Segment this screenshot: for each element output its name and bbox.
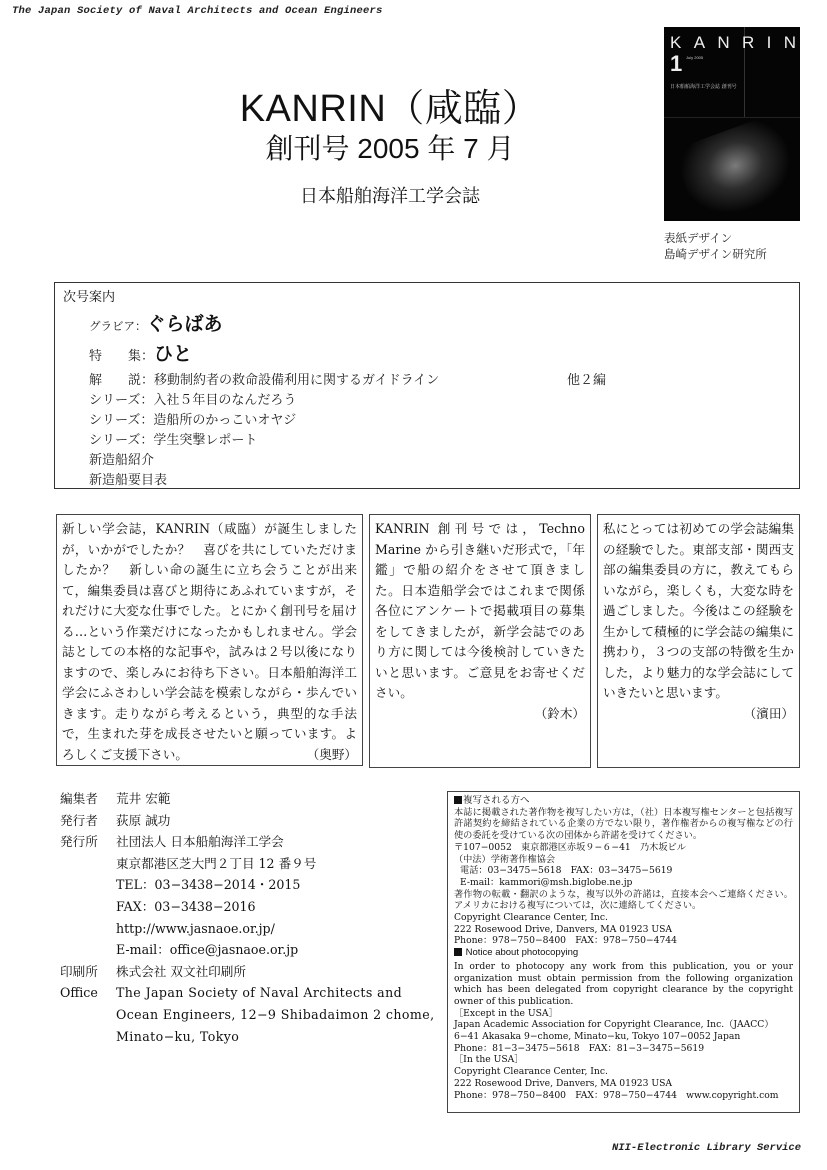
- cover-issue-number: 1: [670, 51, 682, 77]
- page-footer-nii: NII-Electronic Library Service: [612, 1142, 801, 1154]
- starfield-graphic: [672, 109, 800, 221]
- jp-address: 〒107−0052 東京都港区赤坂９−６−41 乃木坂ビル: [454, 842, 793, 854]
- colophon-publisher: 発行者荻原 誠功: [60, 810, 434, 832]
- colophon-office-en: OfficeThe Japan Society of Naval Archite…: [60, 982, 434, 1004]
- next-issue-item: 特 集：ひと: [89, 339, 192, 366]
- us-address: 222 Rosewood Drive, Danvers, MA 01923 US…: [454, 924, 793, 936]
- us-org: Copyright Clearance Center, Inc.: [454, 912, 793, 924]
- editorial-text: 新しい学会誌，KANRIN（咸臨）が誕生しましたが，いかがでしたか？ 喜びを共に…: [62, 519, 357, 765]
- next-issue-item: 解 説：移動制約者の救命設備利用に関するガイドライン 他２編: [89, 369, 439, 388]
- next-issue-heading: 次号案内: [63, 289, 799, 305]
- next-issue-item: 新造船要目表: [89, 469, 167, 488]
- office-tel: TEL：03−3438−2014・2015: [116, 874, 300, 896]
- jp-other-permissions: 著作物の転載・翻訳のような，複写以外の許諾は，直接本会へご連絡ください。アメリカ…: [454, 889, 793, 912]
- cover-credit: 表紙デザイン 島崎デザイン研究所: [664, 230, 767, 262]
- editorial-text: KANRIN 創刊号では，Techno Marine から引き継いだ形式で，「年…: [375, 519, 585, 704]
- next-issue-item: シリーズ：入社５年目のなんだろう: [89, 389, 296, 408]
- masthead: KANRIN（咸臨） 創刊号 2005 年 7 月 日本船舶海洋工学会誌: [220, 88, 560, 208]
- next-issue-item: シリーズ：造船所のかっこいオヤジ: [89, 409, 296, 428]
- editorial-note-okuno: 新しい学会誌，KANRIN（咸臨）が誕生しましたが，いかがでしたか？ 喜びを共に…: [56, 514, 363, 766]
- black-square-icon: [454, 796, 462, 804]
- office-address: 東京都港区芝大門２丁目 12 番９号: [116, 853, 316, 875]
- editorial-author: （濱田）: [603, 704, 794, 725]
- editorial-author: （鈴木）: [375, 704, 585, 725]
- colophon-printer: 印刷所株式会社 双文社印刷所: [60, 961, 434, 983]
- editorial-note-suzuki: KANRIN 創刊号では，Techno Marine から引き継いだ形式で，「年…: [369, 514, 591, 768]
- jp-phone: 電話：03−3475−5618 FAX：03−3475−5619: [454, 865, 793, 877]
- copyright-jp-heading: 複写される方へ: [454, 795, 793, 807]
- editorial-text: 私にとっては初めての学会誌編集の経験でした。東部支部・関西支部の編集委員の方に，…: [603, 519, 794, 704]
- colophon: 編集者荒井 宏範 発行者荻原 誠功 発行所社団法人 日本船舶海洋工学会 東京都港…: [60, 788, 434, 1047]
- page-header-society: The Japan Society of Naval Architects an…: [12, 5, 383, 17]
- jaacc-name: Japan Academic Association for Copyright…: [454, 1019, 793, 1031]
- jaacc-phone: Phone：81−3−3475−5618 FAX：81−3−3475−5619: [454, 1043, 793, 1055]
- jaacc-address: 6−41 Akasaka 9−chome, Minato−ku, Tokyo 1…: [454, 1031, 793, 1043]
- copyright-jp-body: 本誌に掲載された著作物を複写したい方は，（社）日本複写権センターと包括複写許諾契…: [454, 807, 793, 842]
- colophon-office: 発行所社団法人 日本船舶海洋工学会: [60, 831, 434, 853]
- ccc-name: Copyright Clearance Center, Inc.: [454, 1066, 793, 1078]
- issue-date: 創刊号 2005 年 7 月: [220, 132, 560, 166]
- office-website-link[interactable]: http://www.jasnaoe.or.jp/: [116, 918, 275, 940]
- ccc-address: 222 Rosewood Drive, Danvers, MA 01923 US…: [454, 1078, 793, 1090]
- in-usa-label: ［In the USA］: [454, 1054, 793, 1066]
- cover-image: K A N R I N 1 July 2005 日本船舶海洋工学会誌 創刊号: [664, 27, 800, 221]
- except-usa-label: ［Except in the USA］: [454, 1008, 793, 1020]
- copyright-en-heading: Notice about photocopying: [454, 947, 793, 959]
- journal-name: 日本船舶海洋工学会誌: [220, 182, 560, 208]
- editorial-note-hamada: 私にとっては初めての学会誌編集の経験でした。東部支部・関西支部の編集委員の方に，…: [597, 514, 800, 768]
- cover-title: K A N R I N: [670, 33, 796, 53]
- cover-date: July 2005: [686, 55, 703, 60]
- copyright-en-body: In order to photocopy any work from this…: [454, 961, 793, 1008]
- next-issue-box: 次号案内 グラビア：ぐらばあ 特 集：ひと 解 説：移動制約者の救命設備利用に関…: [54, 282, 800, 489]
- next-issue-item: シリーズ：学生突撃レポート: [89, 429, 257, 448]
- next-issue-item: グラビア：ぐらばあ: [89, 309, 223, 336]
- magazine-title: KANRIN（咸臨）: [220, 88, 560, 130]
- office-fax: FAX：03−3438−2016: [116, 896, 256, 918]
- copyright-notice-box: 複写される方へ 本誌に掲載された著作物を複写したい方は，（社）日本複写権センター…: [447, 791, 800, 1113]
- jp-org: （中法）学術著作権協会: [454, 854, 793, 866]
- next-issue-item: 新造船紹介: [89, 449, 154, 468]
- ccc-phone: Phone：978−750−8400 FAX：978−750−4744 www.…: [454, 1090, 793, 1102]
- black-square-icon: [454, 948, 462, 956]
- jp-email-link[interactable]: E-mail：kammori@msh.biglobe.ne.jp: [454, 877, 793, 889]
- us-phone: Phone：978−750−8400 FAX：978−750−4744: [454, 935, 793, 947]
- colophon-editor: 編集者荒井 宏範: [60, 788, 434, 810]
- office-email-link[interactable]: E-mail：office@jasnaoe.or.jp: [116, 939, 298, 961]
- cover-subtitle: 日本船舶海洋工学会誌 創刊号: [670, 83, 760, 91]
